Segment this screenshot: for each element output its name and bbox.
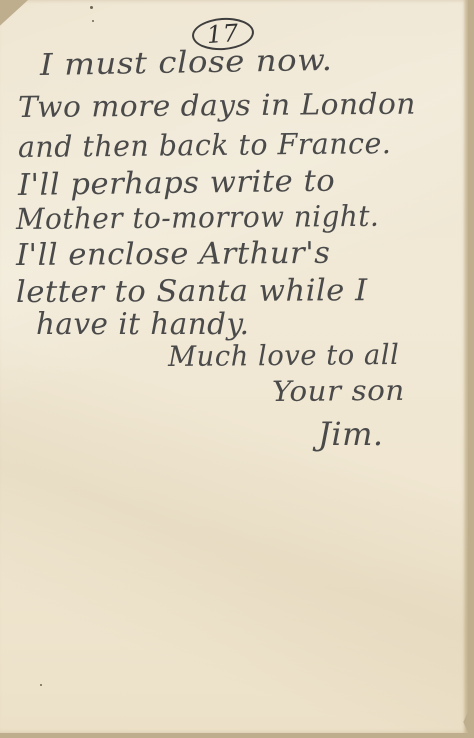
letter-paper: 17 I must close now. Two more days in Lo… bbox=[0, 0, 468, 733]
letter-line-8: have it handy. bbox=[36, 307, 250, 342]
letter-line-3: and then back to France. bbox=[18, 126, 392, 164]
paper-speck bbox=[92, 20, 94, 22]
paper-speck bbox=[40, 684, 42, 686]
signature: Jim. bbox=[318, 415, 384, 453]
scanned-letter: 17 I must close now. Two more days in Lo… bbox=[0, 0, 474, 738]
letter-line-5: Mother to-morrow night. bbox=[16, 199, 380, 236]
letter-line-6: I'll enclose Arthur's bbox=[16, 236, 331, 273]
closing-salutation: Much love to all bbox=[168, 338, 400, 373]
closing-valediction: Your son bbox=[272, 374, 405, 408]
letter-line-1: I must close now. bbox=[40, 43, 333, 83]
letter-line-7: letter to Santa while I bbox=[16, 273, 368, 310]
paper-speck bbox=[90, 6, 93, 9]
letter-line-4: I'll perhaps write to bbox=[18, 164, 336, 203]
letter-line-2: Two more days in London bbox=[18, 87, 416, 124]
